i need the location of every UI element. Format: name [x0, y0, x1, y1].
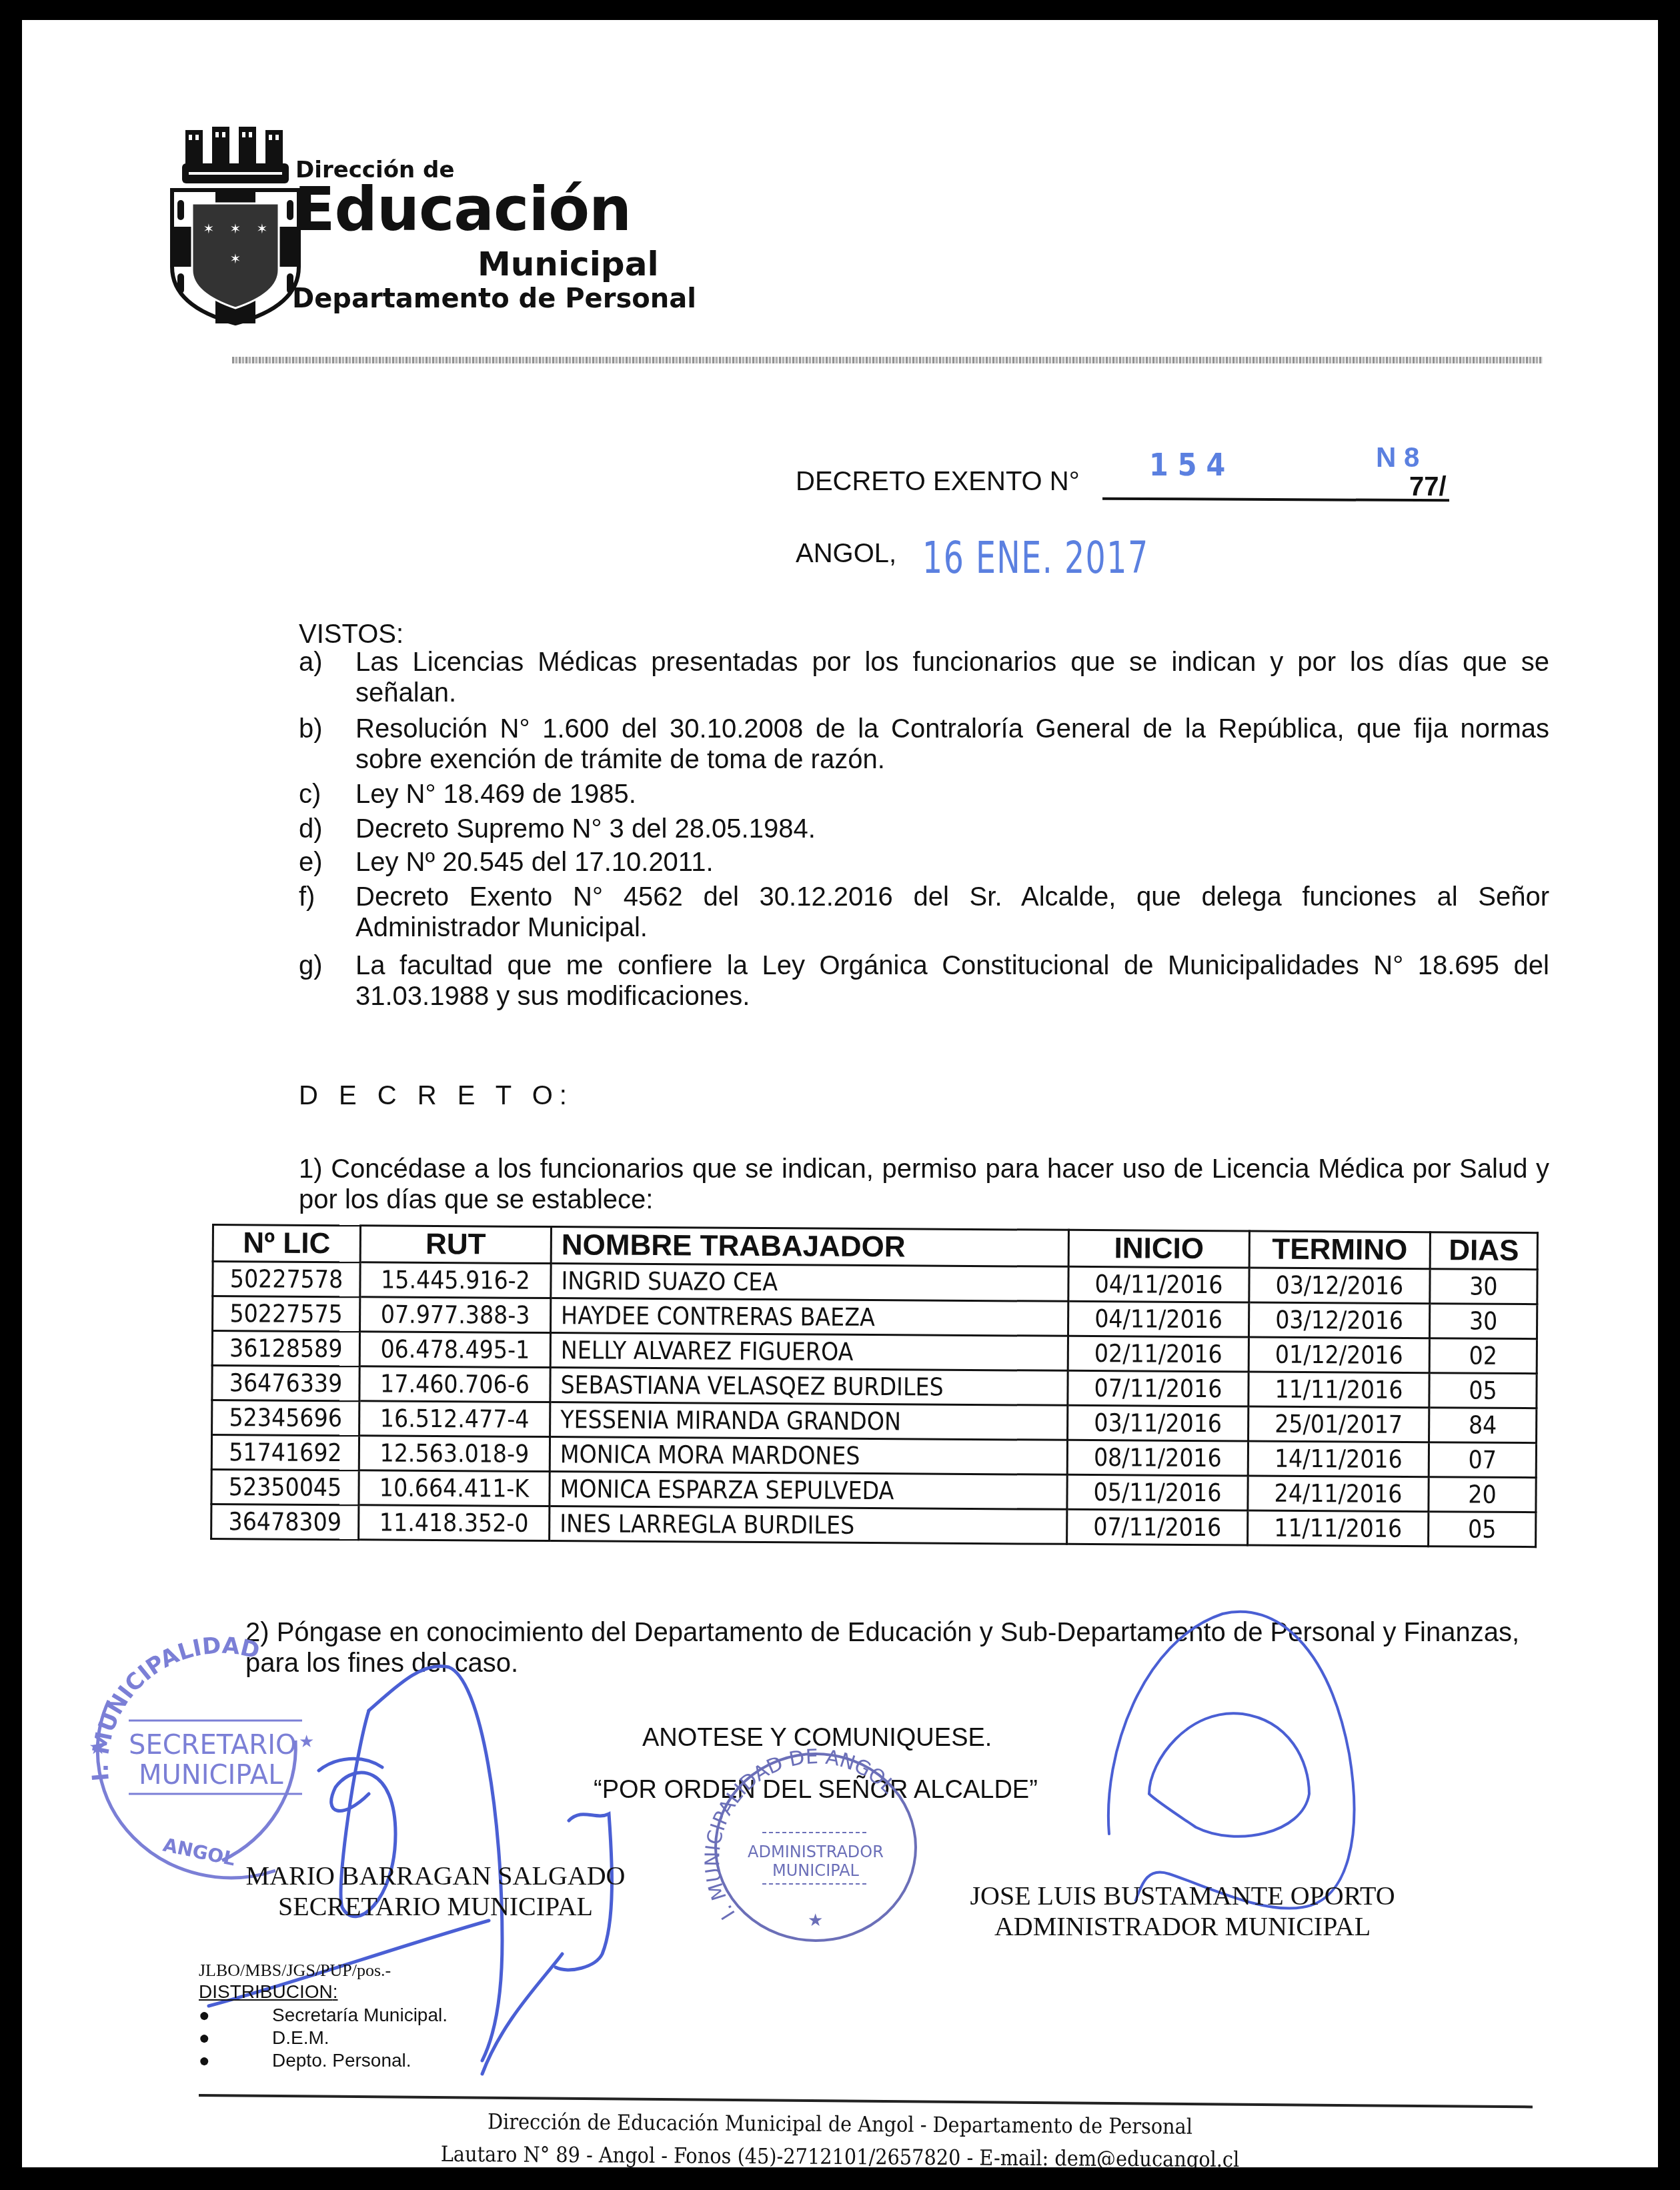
vistos-item-a: a) Las Licencias Médicas presentadas por…	[299, 647, 1549, 708]
stamp-center-line2: MUNICIPAL	[772, 1861, 859, 1880]
org-department: Departamento de Personal	[292, 283, 696, 314]
item-label: a)	[299, 647, 345, 678]
item-label: c)	[299, 779, 345, 810]
list-item: ●D.E.M.	[199, 2027, 448, 2049]
list-item-text: D.E.M.	[272, 2027, 329, 2048]
table-cell: 03/11/2016	[1068, 1405, 1248, 1441]
table-cell: 36478309	[211, 1504, 359, 1540]
table-cell: 02/11/2016	[1068, 1336, 1248, 1372]
table-cell: 17.460.706-6	[359, 1366, 550, 1402]
table-cell: 07.977.388-3	[360, 1297, 551, 1333]
bullet-icon: ●	[199, 2004, 272, 2027]
table-cell: 07/11/2016	[1067, 1509, 1248, 1545]
date-stamp: 16 ENE. 2017	[922, 532, 1149, 584]
table-cell: 06.478.495-1	[359, 1332, 550, 1368]
table-cell: 51741692	[211, 1435, 359, 1470]
document-page: ✶✶✶ ✶ Dirección de Educación Municipal D…	[22, 20, 1658, 2167]
item-label: f)	[299, 882, 345, 912]
decree-label: DECRETO EXENTO N°	[796, 467, 1080, 497]
col-header-rut: RUT	[360, 1226, 551, 1264]
item-label: g)	[299, 950, 345, 981]
vistos-item-b: b) Resolución N° 1.600 del 30.10.2008 de…	[299, 714, 1549, 775]
item-text: Resolución N° 1.600 del 30.10.2008 de la…	[355, 714, 1549, 775]
city-label: ANGOL,	[796, 539, 896, 569]
decreto-point-1: 1) Concédase a los funcionarios que se i…	[299, 1154, 1549, 1215]
list-item: ●Depto. Personal.	[199, 2049, 448, 2072]
star-icon: ★	[89, 1737, 107, 1759]
table-cell: INGRID SUAZO CEA	[551, 1264, 1068, 1302]
table-cell: 11/11/2016	[1248, 1510, 1429, 1546]
distribution-title-text: DISTRIBUCION	[199, 1981, 333, 2002]
table-cell: MONICA MORA MARDONES	[550, 1437, 1067, 1475]
decree-number-stamp: 154	[1149, 447, 1234, 483]
table-cell: 04/11/2016	[1068, 1266, 1249, 1302]
col-header-days: DIAS	[1430, 1232, 1537, 1270]
list-item-text: Depto. Personal.	[272, 2050, 411, 2071]
table-cell: 30	[1429, 1304, 1537, 1339]
stamps-and-signatures: I. MUNICIPALIDAD SECRETARIO MUNICIPAL AN…	[22, 20, 1658, 2167]
table-cell: 84	[1429, 1408, 1537, 1443]
table-cell: 20	[1429, 1477, 1536, 1512]
table-cell: 11/11/2016	[1248, 1372, 1429, 1408]
vistos-item-e: e) Ley Nº 20.545 del 17.10.2011.	[299, 847, 1549, 878]
item-text: Decreto Exento N° 4562 del 30.12.2016 de…	[355, 882, 1549, 943]
item-text: Las Licencias Médicas presentadas por lo…	[355, 647, 1549, 708]
table-cell: 07/11/2016	[1068, 1370, 1248, 1406]
org-name-line3: Municipal	[478, 245, 659, 283]
star-icon: ★	[808, 1910, 823, 1930]
vistos-title: VISTOS:	[299, 619, 403, 650]
table-cell: 50227578	[213, 1262, 360, 1297]
table-cell: 36128589	[212, 1331, 359, 1366]
table-cell: NELLY ALVAREZ FIGUEROA	[550, 1333, 1068, 1371]
col-header-end: TERMINO	[1249, 1231, 1430, 1269]
bullet-icon: ●	[199, 2027, 272, 2049]
closing-line-2: “POR ORDEN DEL SEÑOR ALCALDE”	[594, 1776, 1038, 1805]
item-label: e)	[299, 847, 345, 878]
signatory-left-title: SECRETARIO MUNICIPAL	[195, 1891, 676, 1922]
table-cell: 03/12/2016	[1248, 1302, 1429, 1338]
table-cell: 52350045	[211, 1470, 359, 1505]
table-cell: 08/11/2016	[1067, 1440, 1248, 1476]
table-cell: MONICA ESPARZA SEPULVEDA	[550, 1472, 1067, 1510]
table-cell: 52345696	[212, 1400, 359, 1436]
item-text: Ley N° 18.469 de 1985.	[355, 779, 1549, 810]
signatory-left-name: MARIO BARRAGAN SALGADO	[195, 1861, 676, 1891]
author-initials: JLBO/MBS/JGS/PUP/pos.-	[199, 1961, 391, 1981]
table-cell: 25/01/2017	[1248, 1406, 1429, 1442]
table-cell: 05	[1429, 1512, 1536, 1547]
table-cell: INES LARREGLA BURDILES	[550, 1506, 1067, 1544]
col-header-start: INICIO	[1068, 1230, 1249, 1268]
closing-line-1: ANOTESE Y COMUNIQUESE.	[642, 1724, 992, 1753]
table-cell: 30	[1430, 1269, 1537, 1304]
signatory-left: MARIO BARRAGAN SALGADO SECRETARIO MUNICI…	[195, 1861, 676, 1922]
footer-line-2: Lautaro N° 89 - Angol - Fonos (45)-27121…	[22, 2138, 1658, 2167]
table-cell: HAYDEE CONTRERAS BAEZA	[551, 1298, 1068, 1336]
table-cell: 24/11/2016	[1248, 1476, 1429, 1512]
col-header-name: NOMBRE TRABAJADOR	[551, 1227, 1068, 1267]
table-cell: 50227575	[213, 1296, 360, 1332]
footer-line-1: Dirección de Educación Municipal de Ango…	[22, 2105, 1658, 2142]
stamp-center-line1: SECRETARIO	[129, 1730, 296, 1761]
item-text: La facultad que me confiere la Ley Orgán…	[355, 950, 1549, 1012]
signatory-right-title: ADMINISTRADOR MUNICIPAL	[929, 1911, 1436, 1942]
signatory-right-name: JOSE LUIS BUSTAMANTE OPORTO	[929, 1881, 1436, 1911]
table-cell: YESSENIA MIRANDA GRANDON	[550, 1402, 1068, 1440]
col-header-lic: Nº LIC	[213, 1225, 360, 1262]
decreto-title: D E C R E T O:	[299, 1080, 574, 1111]
secretary-stamp	[97, 1701, 302, 1878]
table-cell: 11.418.352-0	[359, 1505, 550, 1541]
distribution-title: DISTRIBUCION:	[199, 1981, 337, 2003]
table-cell: 05	[1429, 1373, 1537, 1408]
footer-divider	[199, 2094, 1533, 2108]
star-icon: ★	[299, 1731, 314, 1751]
signatory-right: JOSE LUIS BUSTAMANTE OPORTO ADMINISTRADO…	[929, 1881, 1436, 1942]
table-cell: 02	[1429, 1338, 1537, 1374]
svg-text:✶: ✶	[203, 221, 215, 237]
stamp-center-line2: MUNICIPAL	[139, 1760, 283, 1791]
stamp-arc-text: I. MUNICIPALIDAD	[87, 1632, 263, 1783]
decreto-point-2: 2) Póngase en conocimiento del Departame…	[245, 1617, 1553, 1679]
svg-text:✶: ✶	[230, 251, 241, 267]
decree-number-underline	[1102, 497, 1449, 502]
table-cell: 04/11/2016	[1068, 1301, 1248, 1337]
table-cell: 15.445.916-2	[360, 1262, 551, 1298]
table-cell: 12.563.018-9	[359, 1436, 550, 1472]
table-cell: 14/11/2016	[1248, 1441, 1429, 1477]
table-row: 3647830911.418.352-0INES LARREGLA BURDIL…	[211, 1504, 1536, 1547]
item-label: d)	[299, 814, 345, 844]
item-label: b)	[299, 714, 345, 744]
item-text: Ley Nº 20.545 del 17.10.2011.	[355, 847, 1549, 878]
vistos-item-g: g) La facultad que me confiere la Ley Or…	[299, 950, 1549, 1012]
table-cell: 07	[1429, 1442, 1536, 1478]
table-cell: 03/12/2016	[1249, 1268, 1430, 1304]
table-cell: SEBASTIANA VELASQEZ BURDILES	[550, 1368, 1068, 1406]
stamp-arc-text: I. MUNICIPALIDAD DE ANGOL	[701, 1745, 900, 1923]
list-item: ●Secretaría Municipal.	[199, 2004, 448, 2027]
bullet-icon: ●	[199, 2049, 272, 2072]
table-cell: 16.512.477-4	[359, 1401, 550, 1437]
vistos-item-d: d) Decreto Supremo N° 3 del 28.05.1984.	[299, 814, 1549, 844]
org-name-line2: Educación	[294, 175, 631, 245]
vistos-item-f: f) Decreto Exento N° 4562 del 30.12.2016…	[299, 882, 1549, 943]
vistos-item-c: c) Ley N° 18.469 de 1985.	[299, 779, 1549, 810]
stamp-center-line1: ADMINISTRADOR	[748, 1843, 884, 1861]
item-text: Decreto Supremo N° 3 del 28.05.1984.	[355, 814, 1549, 844]
table-cell: 01/12/2016	[1248, 1337, 1429, 1373]
header-separator	[232, 357, 1543, 363]
distribution-list: ●Secretaría Municipal. ●D.E.M. ●Depto. P…	[199, 2004, 448, 2072]
decree-suffix: 77/	[1409, 472, 1447, 502]
decree-stamp-mark: N 8	[1376, 441, 1419, 473]
table-cell: 10.664.411-K	[359, 1470, 550, 1506]
table-cell: 05/11/2016	[1067, 1474, 1248, 1510]
medical-leave-table: Nº LIC RUT NOMBRE TRABAJADOR INICIO TERM…	[210, 1224, 1539, 1548]
svg-text:✶: ✶	[230, 221, 241, 237]
svg-text:✶: ✶	[257, 221, 268, 237]
list-item-text: Secretaría Municipal.	[272, 2005, 448, 2025]
table-cell: 36476339	[212, 1366, 359, 1401]
